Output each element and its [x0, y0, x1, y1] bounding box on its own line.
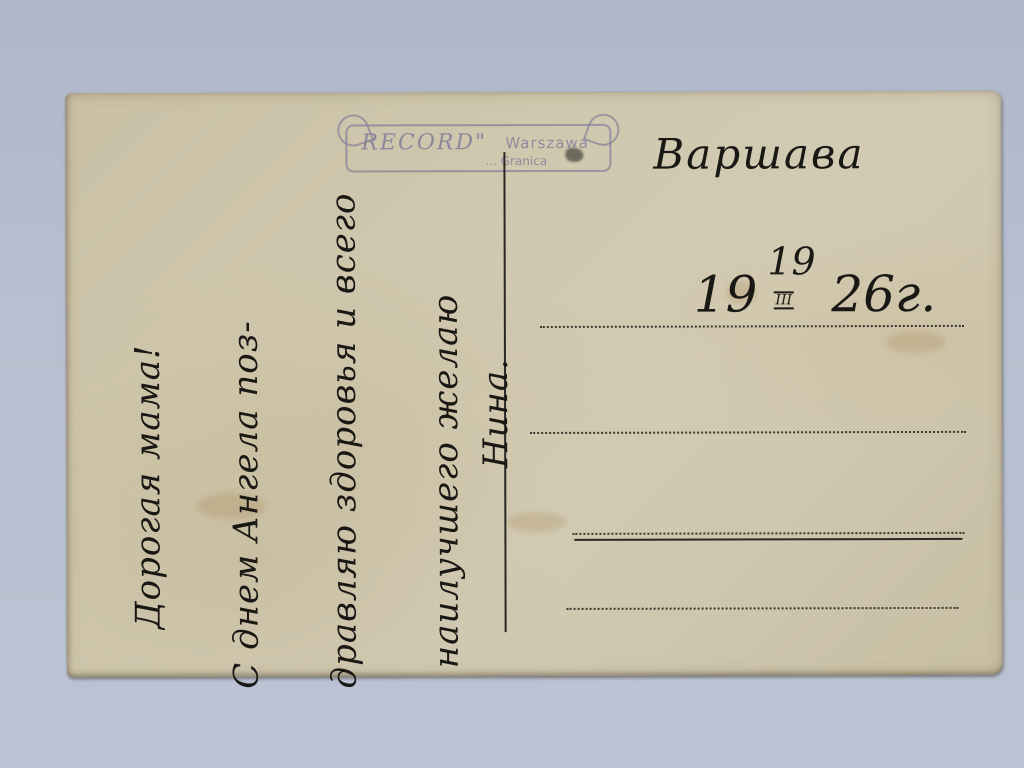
- date-year: 26г.: [831, 269, 936, 319]
- date-day-month: 19 III: [763, 239, 807, 319]
- address-city: Варшава: [653, 129, 864, 179]
- ink-blot: [565, 148, 583, 162]
- age-stain: [506, 512, 566, 532]
- address-line-1: [540, 325, 964, 328]
- address-line-3: [572, 532, 964, 535]
- age-stain: [886, 331, 946, 353]
- date-month: III: [773, 291, 794, 309]
- stamp-subtext: ... Granica: [485, 154, 547, 168]
- address-underline: [574, 538, 962, 541]
- date-day: 19: [767, 239, 815, 283]
- address-date: 19 19 III 26г.: [694, 239, 937, 320]
- message-line: наилучшего желаю: [426, 294, 467, 669]
- message-line: дравляю здоровья и всего: [323, 192, 364, 688]
- handwritten-message: Дорогая мама! С днем Ангела поз- дравляю…: [91, 128, 492, 659]
- message-line-greeting: Дорогая мама!: [128, 344, 169, 629]
- address-line-4: [567, 607, 959, 610]
- date-century: 19: [694, 269, 758, 319]
- message-line: С днем Ангела поз-: [226, 320, 267, 689]
- address-line-2: [530, 431, 966, 434]
- postcard: RECORD" Warszawa ... Granica Дорогая мам…: [65, 91, 1003, 677]
- message-signature: Нина.: [476, 358, 516, 468]
